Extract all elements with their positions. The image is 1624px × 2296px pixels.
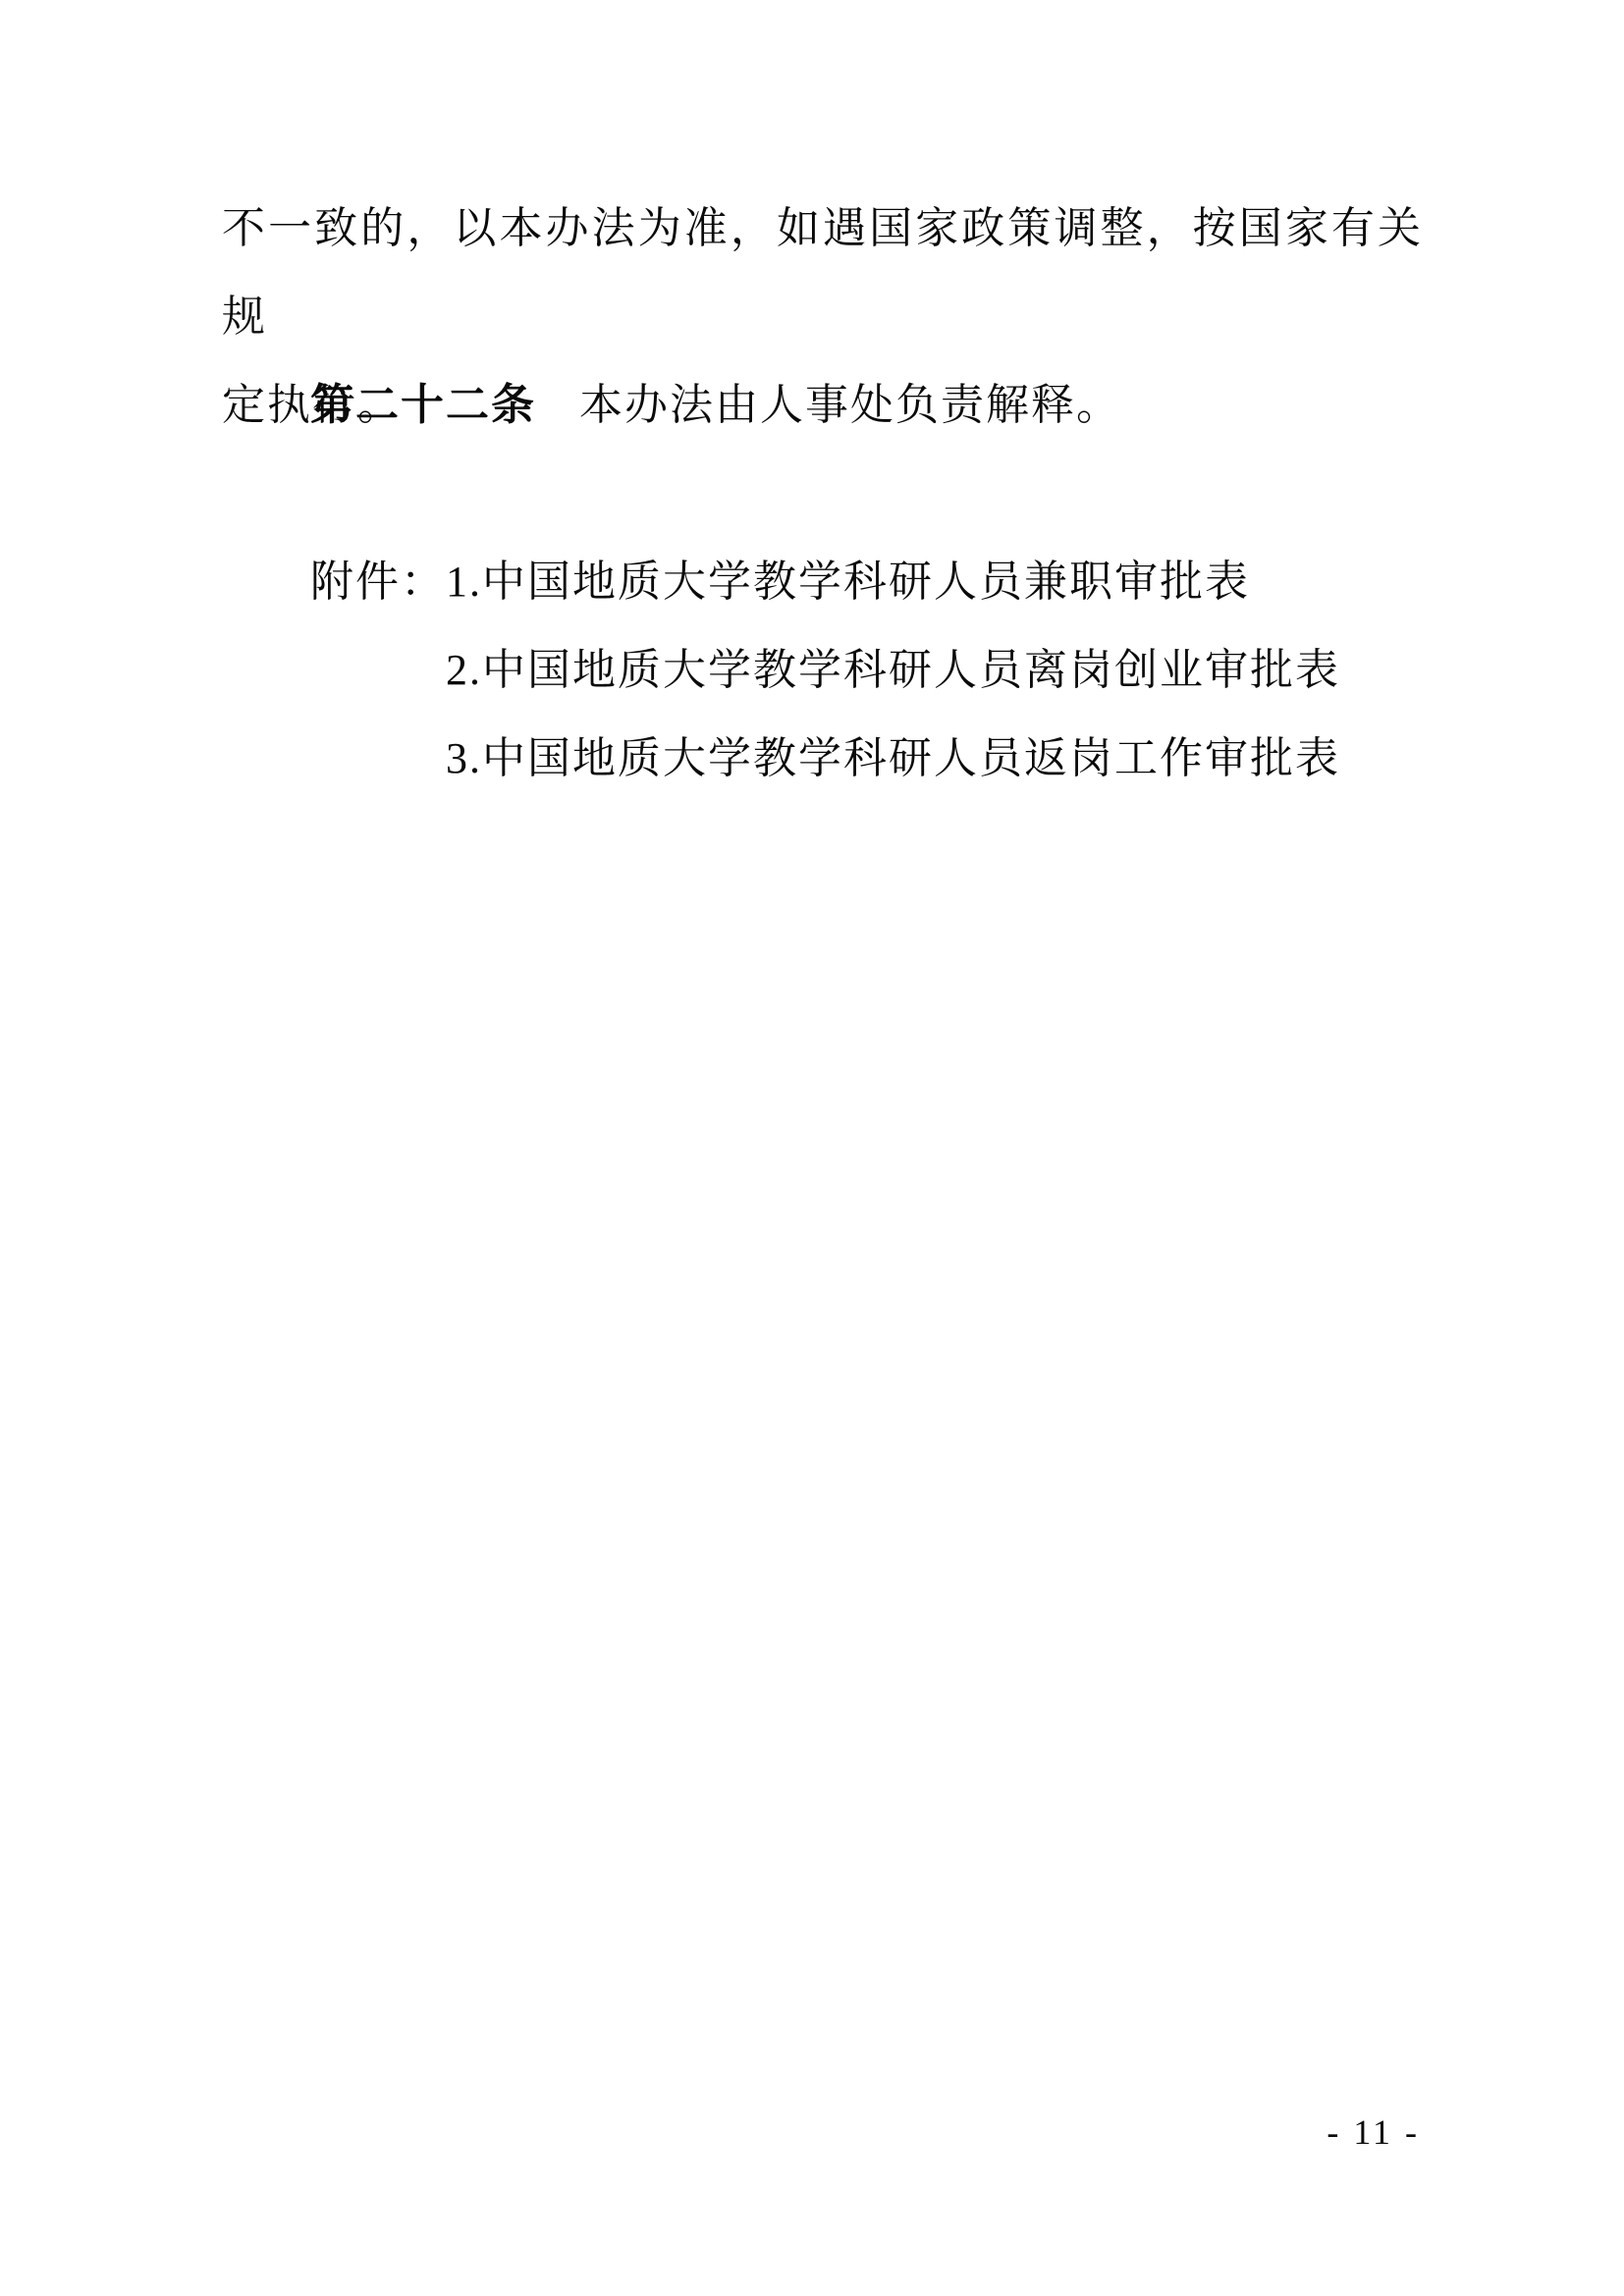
- paragraph-line: 不一致的，以本办法为准，如遇国家政策调整，按国家有关规: [222, 185, 1423, 361]
- attachment-item: 1.中国地质大学教学科研人员兼职审批表: [446, 558, 1250, 606]
- article-number: 第二十二条: [310, 381, 536, 429]
- page-number: - 11 -: [1326, 2110, 1420, 2154]
- attachment-item: 3.中国地质大学教学科研人员返岗工作审批表: [446, 734, 1340, 782]
- article-clause: 第二十二条本办法由人事处负责解释。: [222, 361, 1423, 450]
- article-text: 本办法由人事处负责解释。: [579, 381, 1121, 429]
- attachments-block: 附件：1.中国地质大学教学科研人员兼职审批表 2.中国地质大学教学科研人员离岗创…: [222, 538, 1423, 803]
- attachment-row: 2.中国地质大学教学科研人员离岗创业审批表: [222, 626, 1423, 715]
- attachment-row: 3.中国地质大学教学科研人员返岗工作审批表: [222, 715, 1423, 803]
- document-page: 不一致的，以本办法为准，如遇国家政策调整，按国家有关规 定执行。 第二十二条本办…: [0, 0, 1624, 2296]
- attachment-row: 附件：1.中国地质大学教学科研人员兼职审批表: [222, 538, 1423, 626]
- attachments-label: 附件：: [310, 558, 446, 606]
- attachment-item: 2.中国地质大学教学科研人员离岗创业审批表: [446, 646, 1340, 694]
